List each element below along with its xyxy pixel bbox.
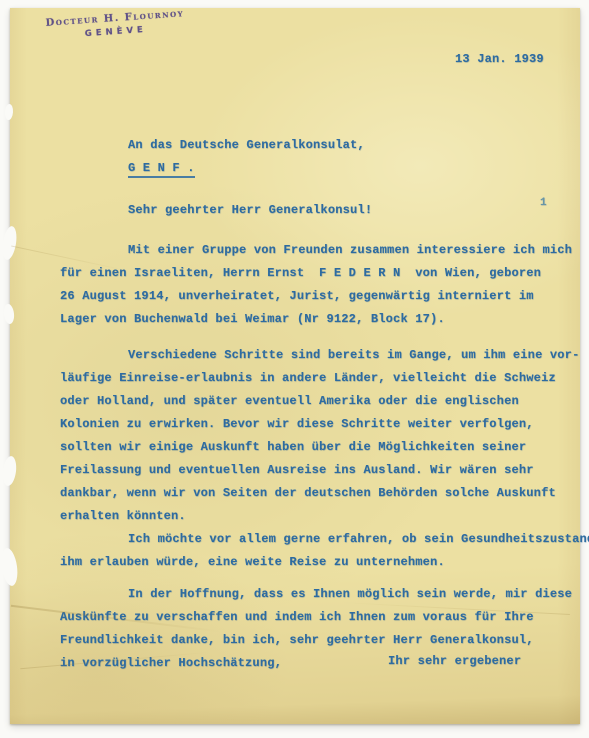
paper-tear bbox=[0, 225, 18, 261]
letter-line: erhalten könnten. bbox=[60, 505, 568, 528]
recipient-line-1: An das Deutsche Generalkonsulat, bbox=[60, 134, 568, 157]
letter-line: Mit einer Gruppe von Freunden zusammen i… bbox=[60, 239, 568, 262]
paper-tear bbox=[1, 455, 18, 486]
letter-page: Docteur H. Flournoy GENÈVE 13 Jan. 1939 … bbox=[10, 8, 580, 724]
letter-line: Freilassung und eventuellen Ausreise ins… bbox=[60, 459, 568, 482]
letter-line: Freundlichkeit danke, bin ich, sehr geeh… bbox=[60, 629, 568, 652]
letter-line: dankbar, wenn wir von Seiten der deutsch… bbox=[60, 482, 568, 505]
letter-line: Auskünfte zu verschaffen und indem ich I… bbox=[60, 606, 568, 629]
letter-line: Verschiedene Schritte sind bereits im Ga… bbox=[60, 344, 568, 367]
letter-line: läufige Einreise-erlaubnis in andere Län… bbox=[60, 367, 568, 390]
letter-line: oder Holland, und später eventuell Ameri… bbox=[60, 390, 568, 413]
letter-body: An das Deutsche Generalkonsulat, G E N F… bbox=[60, 134, 568, 675]
paper-tear bbox=[3, 304, 15, 325]
letter-line: ihm erlauben würde, eine weite Reise zu … bbox=[60, 551, 568, 574]
letter-line: sollten wir einige Auskunft haben über d… bbox=[60, 436, 568, 459]
recipient-line-2: G E N F . bbox=[60, 157, 568, 180]
recipient-city-underlined: G E N F . bbox=[128, 161, 195, 178]
closing-line: Ihr sehr ergebener bbox=[388, 650, 521, 673]
paper-tear bbox=[0, 547, 20, 587]
letter-line: Lager von Buchenwald bei Weimar (Nr 9122… bbox=[60, 308, 568, 331]
paragraph-3: Ich möchte vor allem gerne erfahren, ob … bbox=[60, 528, 568, 574]
letter-line: In der Hoffnung, dass es Ihnen möglich s… bbox=[60, 583, 568, 606]
paragraph-1: Mit einer Gruppe von Freunden zusammen i… bbox=[60, 239, 568, 331]
date-line: 13 Jan. 1939 bbox=[455, 48, 544, 71]
letter-line: Kolonien zu erwirken. Bevor wir diese Sc… bbox=[60, 413, 568, 436]
paper-tear bbox=[4, 104, 13, 121]
letter-line: 26 August 1914, unverheiratet, Jurist, g… bbox=[60, 285, 568, 308]
letter-line: Ich möchte vor allem gerne erfahren, ob … bbox=[60, 528, 568, 551]
paragraph-2: Verschiedene Schritte sind bereits im Ga… bbox=[60, 344, 568, 528]
letter-line: für einen Israeliten, Herrn Ernst F E D … bbox=[60, 262, 568, 285]
salutation-line: Sehr geehrter Herr Generalkonsul! bbox=[60, 199, 568, 222]
doctor-address-stamp: Docteur H. Flournoy GENÈVE bbox=[45, 8, 185, 42]
